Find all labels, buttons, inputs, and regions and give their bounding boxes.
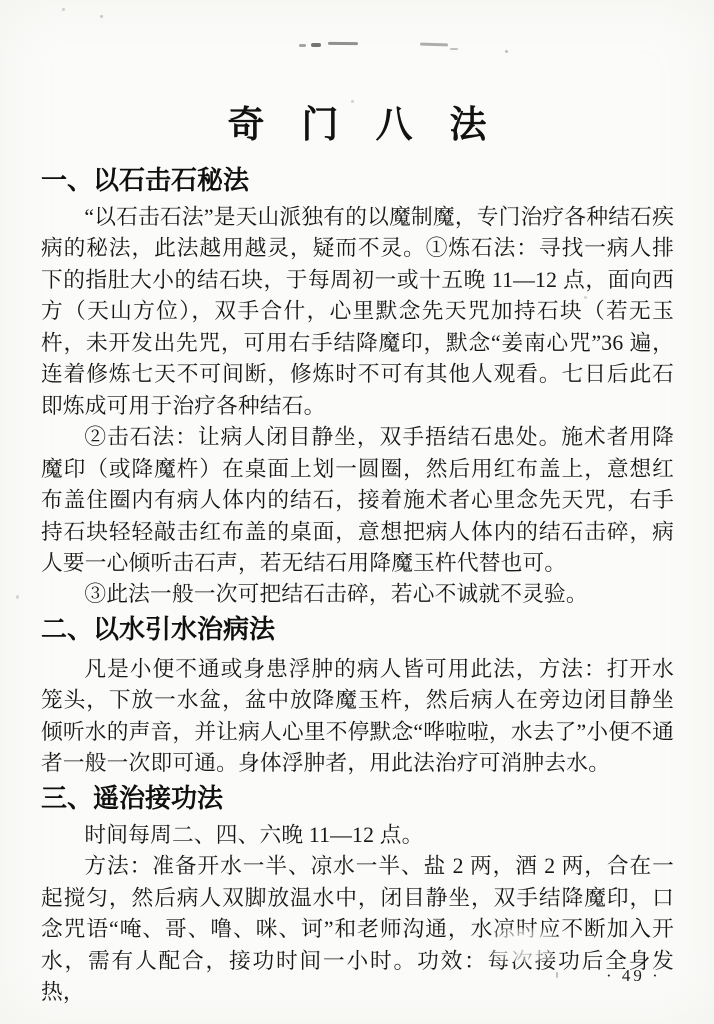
section-3-paragraph-2: 方法：准备开水一半、凉水一半、盐 2 两，酒 2 两，合在一起搅匀，然后病人双脚… xyxy=(41,851,674,1008)
page-number: · 49 · xyxy=(606,966,661,986)
section-2-paragraph-1: 凡是小便不通或身患浮肿的病人皆可用此法，方法：打开水笼头，下放一水盆，盆中放降魔… xyxy=(41,654,674,780)
section-1-heading: 一、以石击石秘法 xyxy=(41,165,674,196)
page-title: 奇 门 八 法 xyxy=(0,104,714,146)
scan-artifact xyxy=(62,8,65,11)
scan-artifact xyxy=(100,15,103,18)
section-1-paragraph-3: ③此法一般一次可把结石击碎，若心不诚就不灵验。 xyxy=(41,579,674,610)
section-1-paragraph-2: ②击石法：让病人闭目静坐，双手捂结石患处。施术者用降魔印（或降魔杵）在桌面上划一… xyxy=(41,422,674,579)
scan-artifact xyxy=(351,100,354,103)
section-3-paragraph-1: 时间每周二、四、六晚 11—12 点。 xyxy=(41,820,674,851)
section-2-heading: 二、以水引水治病法 xyxy=(41,614,674,645)
scan-artifact xyxy=(450,48,458,50)
scan-artifact xyxy=(505,50,508,53)
scan-artifact xyxy=(420,43,448,47)
scan-artifact xyxy=(16,595,19,599)
scan-artifact xyxy=(328,42,358,45)
scan-artifact xyxy=(299,44,306,47)
scanned-page: 奇 门 八 法 一、以石击石秘法 “以石击石法”是天山派独有的以魔制魔，专门治疗… xyxy=(0,0,714,1024)
section-1-paragraph-1: “以石击石法”是天山派独有的以魔制魔，专门治疗各种结石疾病的秘法，此法越用越灵，… xyxy=(41,202,674,422)
scan-artifact xyxy=(311,43,321,47)
page-body: 一、以石击石秘法 “以石击石法”是天山派独有的以魔制魔，专门治疗各种结石疾病的秘… xyxy=(41,165,674,1008)
section-3-heading: 三、遥治接功法 xyxy=(41,783,674,814)
